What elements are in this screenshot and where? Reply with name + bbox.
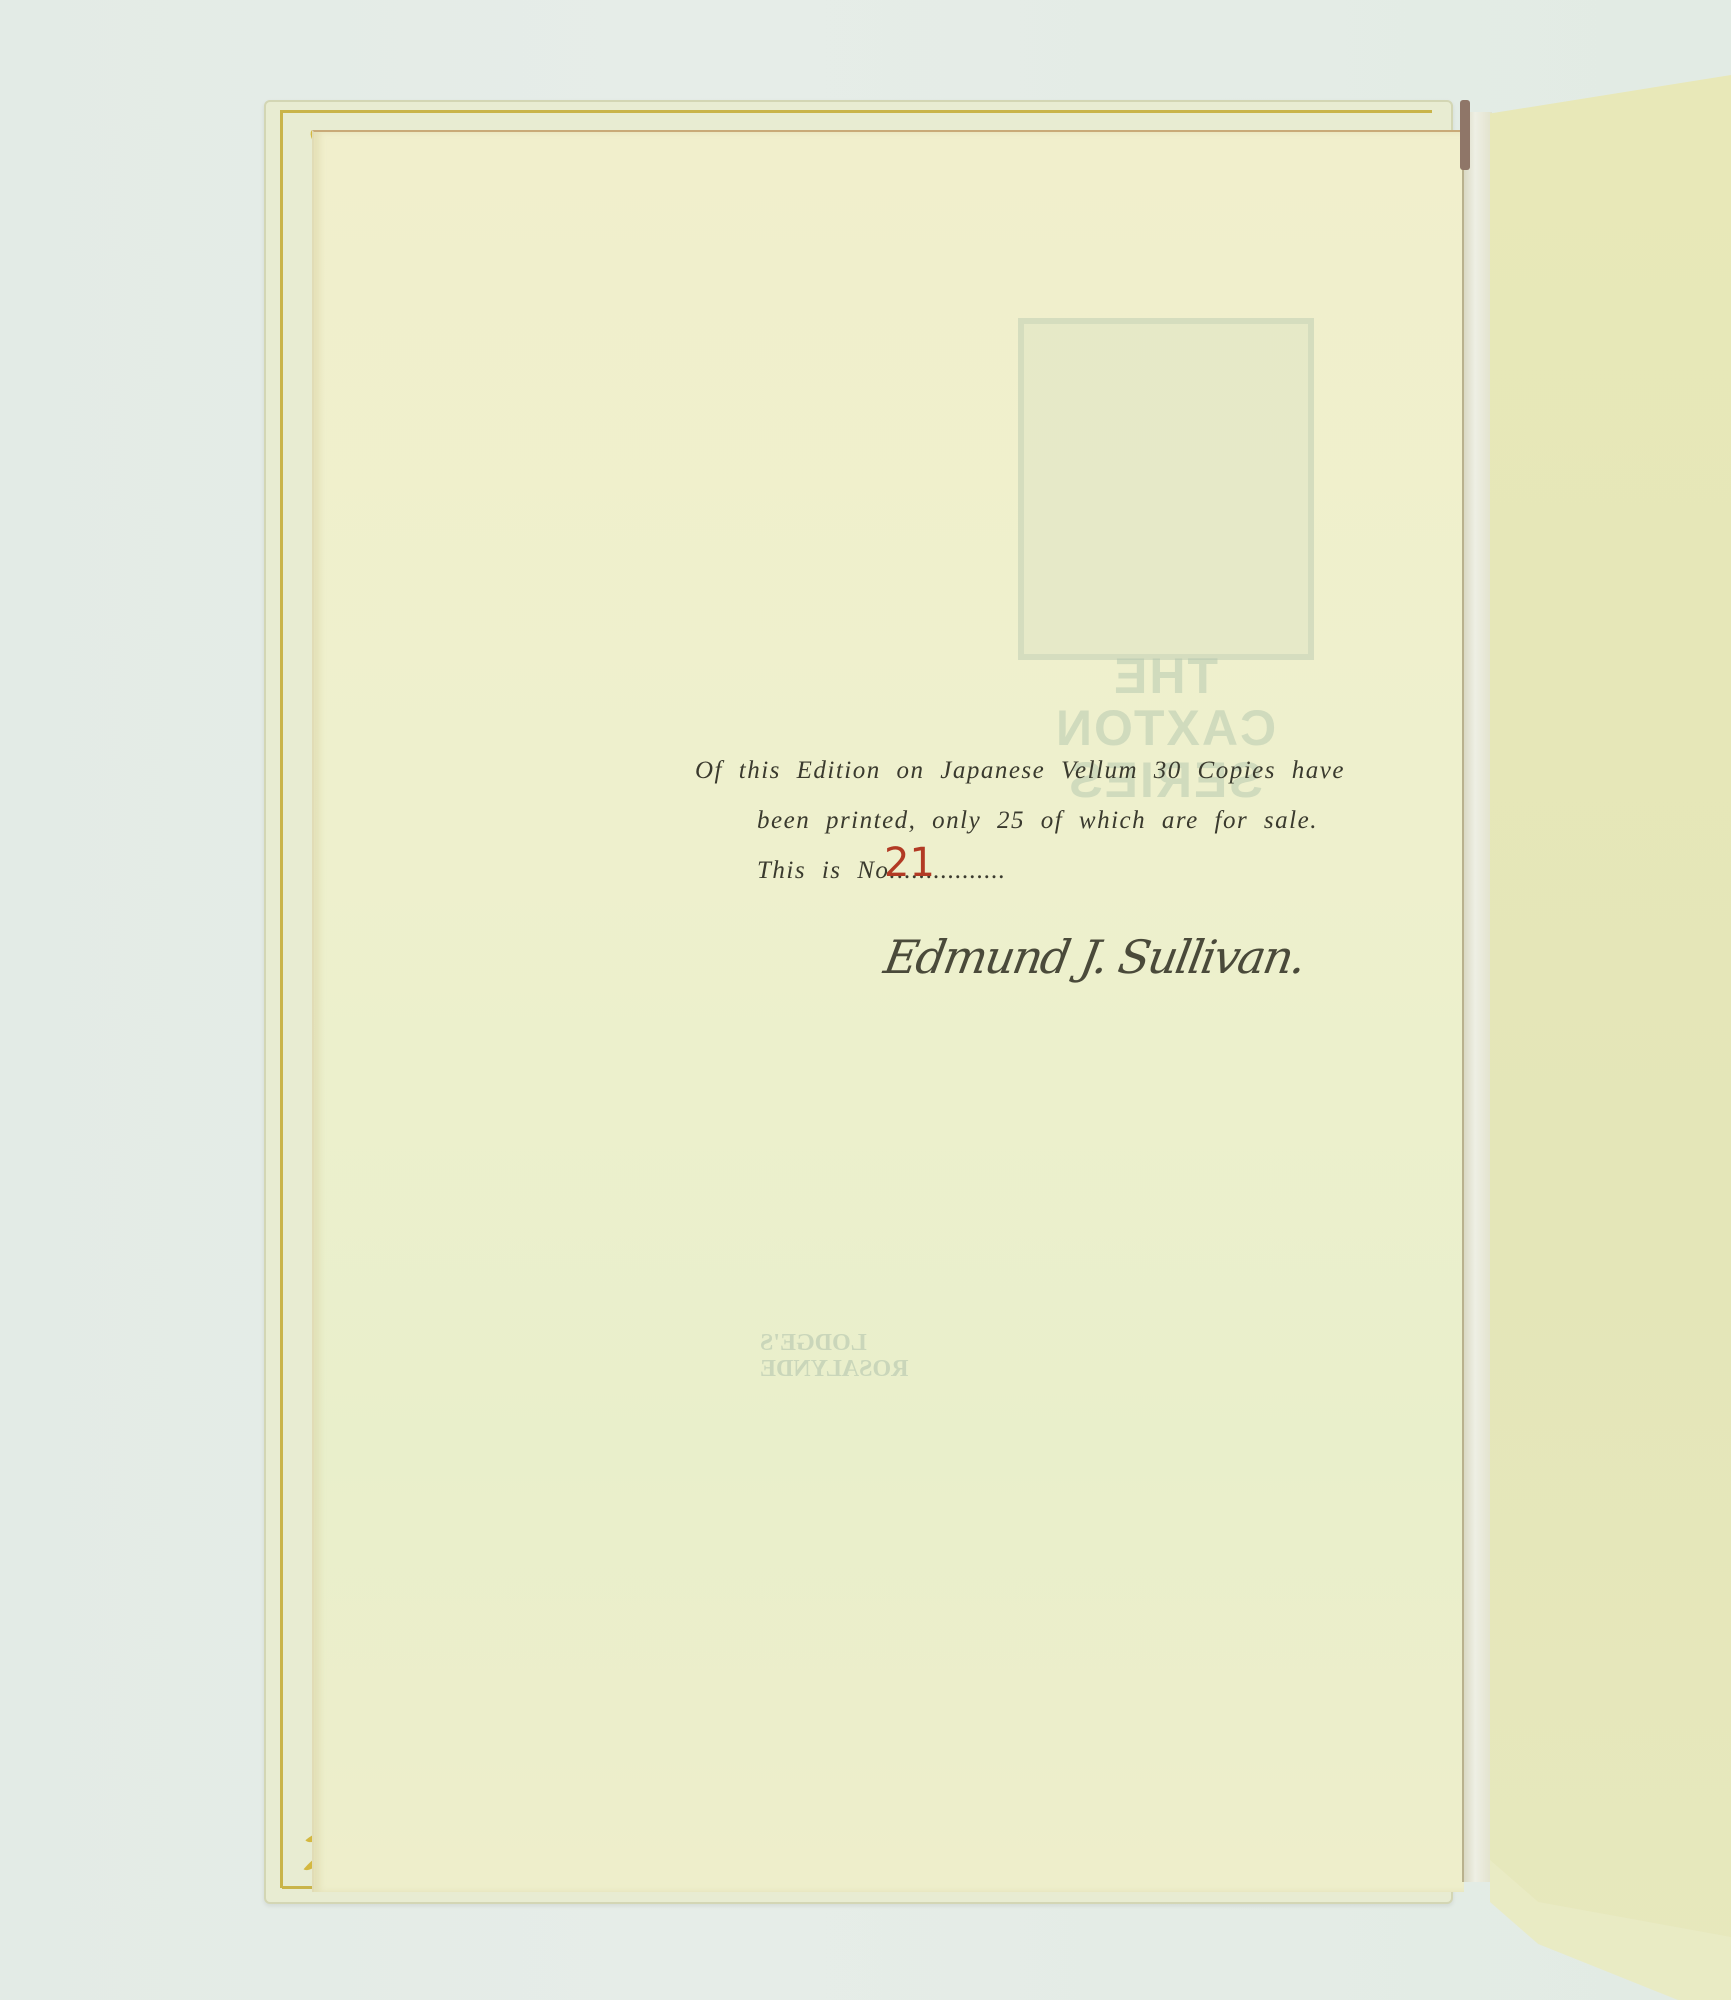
facing-page: [1490, 75, 1731, 2000]
gilt-rule-left: [280, 110, 283, 1888]
limitation-line-2: been printed, only 25 of which are for s…: [757, 807, 1318, 835]
handwritten-copy-number: 21: [884, 840, 935, 886]
show-through-book-title: LODGE'S ROSALYNDE: [760, 1330, 980, 1382]
show-through-printer-device: [1018, 318, 1314, 660]
limitation-line-1: Of this Edition on Japanese Vellum 30 Co…: [695, 757, 1345, 785]
book-gutter: [1462, 112, 1492, 1882]
headband: [1460, 100, 1470, 170]
limitation-line-3: This is No................: [757, 857, 1006, 885]
copy-number-label: This is No.: [757, 857, 897, 884]
gilt-rule-top: [282, 110, 1432, 113]
artist-signature: Edmund J. Sullivan.: [880, 930, 1309, 984]
